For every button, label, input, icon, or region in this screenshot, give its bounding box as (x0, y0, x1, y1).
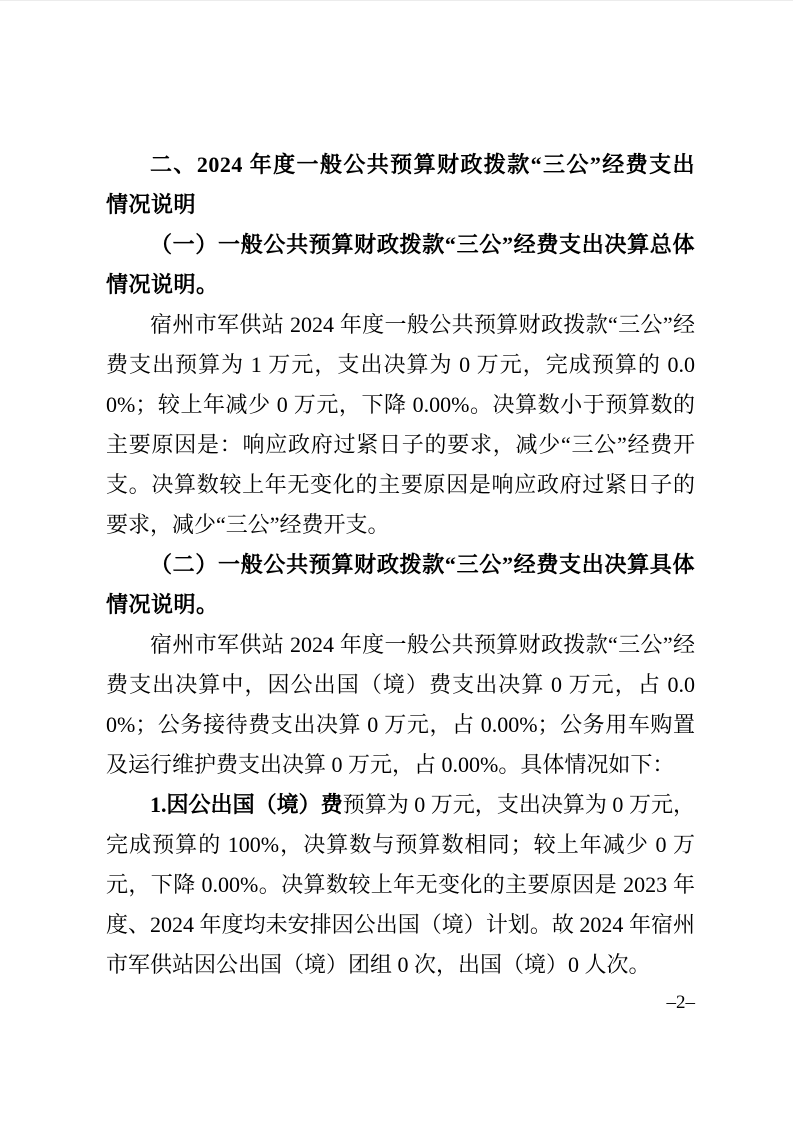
section-2-heading: （二）一般公共预算财政拨款“三公”经费支出决算具体情况说明。 (106, 545, 695, 625)
section-2-item-1-paragraph: 1.因公出国（境）费预算为 0 万元，支出决算为 0 万元，完成预算的 100%… (106, 785, 695, 985)
main-heading: 二、2024 年度一般公共预算财政拨款“三公”经费支出情况说明 (106, 145, 695, 225)
section-1-heading: （一）一般公共预算财政拨款“三公”经费支出决算总体情况说明。 (106, 225, 695, 305)
item-1-bold-lead: 1.因公出国（境）费 (150, 792, 343, 817)
item-1-text: 预算为 0 万元，支出决算为 0 万元，完成预算的 100%，决算数与预算数相同… (106, 792, 695, 977)
section-2-paragraph: 宿州市军供站 2024 年度一般公共预算财政拨款“三公”经费支出决算中，因公出国… (106, 625, 695, 785)
page-number: –2– (106, 991, 695, 1015)
section-1-paragraph: 宿州市军供站 2024 年度一般公共预算财政拨款“三公”经费支出预算为 1 万元… (106, 305, 695, 545)
document-page: 二、2024 年度一般公共预算财政拨款“三公”经费支出情况说明 （一）一般公共预… (0, 0, 793, 1122)
document-body: 二、2024 年度一般公共预算财政拨款“三公”经费支出情况说明 （一）一般公共预… (106, 145, 695, 985)
